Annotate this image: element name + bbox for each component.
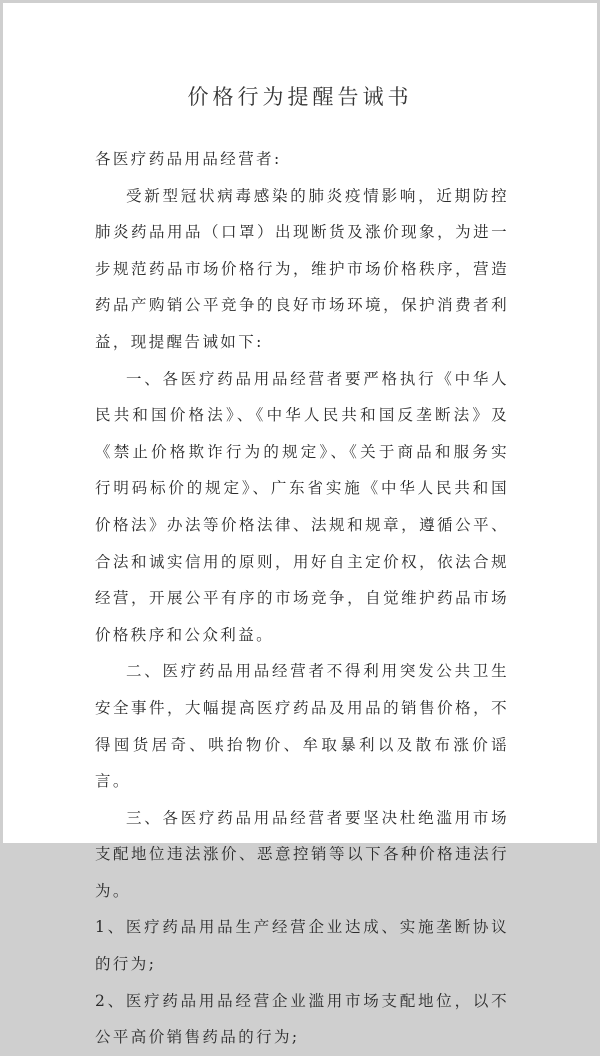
document-page: 价格行为提醒告诫书 各医疗药品用品经营者: 受新型冠状病毒感染的肺炎疫情影响，近… (3, 3, 597, 843)
paragraph-item-three: 三、各医疗药品用品经营者要坚决杜绝滥用市场支配地位违法涨价、恶意控销等以下各种价… (95, 800, 509, 846)
paragraph-item-one: 一、各医疗药品用品经营者要严格执行《中华人民共和国价格法》、《中华人民共和国反垄… (95, 361, 509, 654)
document-body: 各医疗药品用品经营者: 受新型冠状病毒感染的肺炎疫情影响，近期防控肺炎药品用品（… (95, 141, 509, 846)
paragraph-intro: 受新型冠状病毒感染的肺炎疫情影响，近期防控肺炎药品用品（口罩）出现断货及涨价现象… (95, 178, 509, 361)
document-title: 价格行为提醒告诫书 (3, 81, 597, 111)
paragraph-item-two: 二、医疗药品用品经营者不得利用突发公共卫生安全事件，大幅提高医疗药品及用品的销售… (95, 653, 509, 799)
salutation: 各医疗药品用品经营者: (95, 141, 509, 178)
